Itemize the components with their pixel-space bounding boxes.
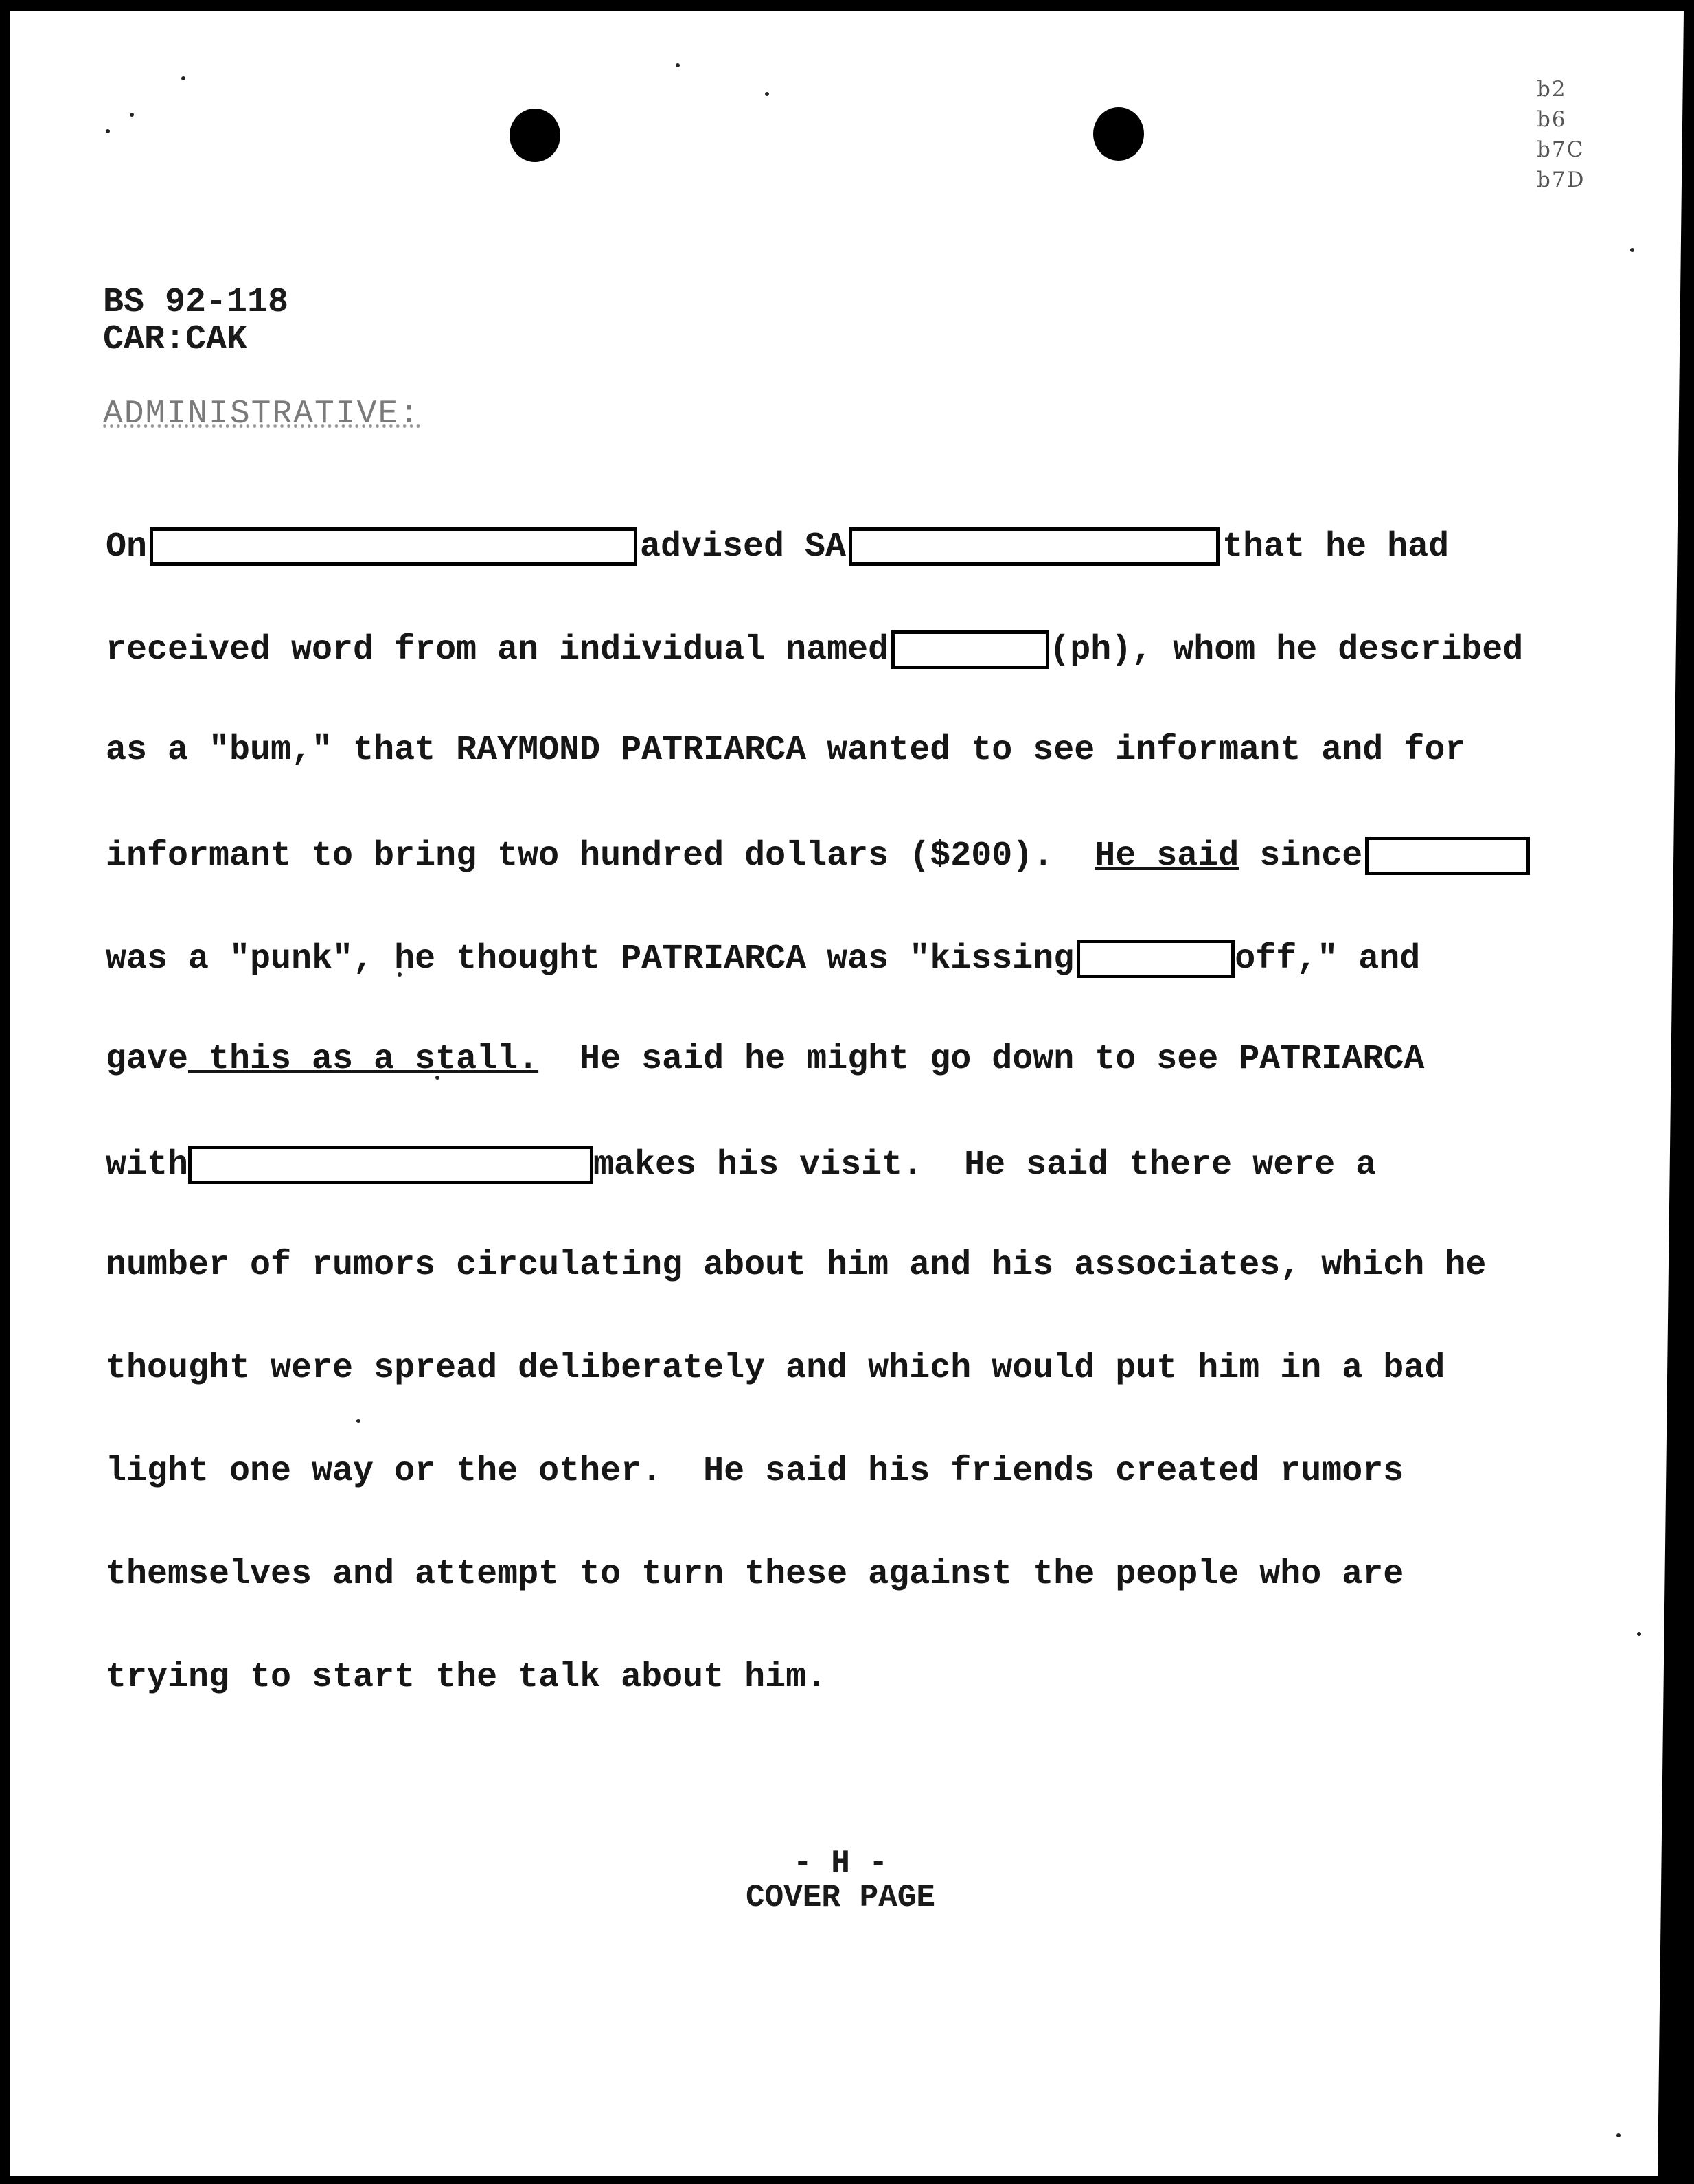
page-marker: - H - [724, 1846, 957, 1880]
scan-speck [1616, 2133, 1621, 2137]
redaction-box [849, 527, 1220, 566]
document-header: BS 92-118 CAR:CAK [103, 284, 288, 359]
text-line: themselves and attempt to turn these aga… [106, 1558, 1582, 1592]
text-line: thought were spread deliberately and whi… [106, 1352, 1582, 1386]
text-fragment: since [1239, 837, 1362, 876]
text-fragment: advised SA [640, 527, 846, 567]
text-fragment: He said he might go down to see PATRIARC… [538, 1040, 1424, 1079]
text-fragment: (ph), whom he described [1049, 630, 1523, 670]
exemption-code: b6 [1537, 104, 1585, 135]
redaction-box [1365, 837, 1530, 875]
text-line: gave this as a stall. He said he might g… [106, 1043, 1582, 1077]
text-fragment: with [106, 1146, 188, 1185]
footer-label: COVER PAGE [724, 1880, 957, 1915]
underlined-text: this as a stall. [188, 1040, 538, 1079]
redaction-box [150, 527, 637, 566]
text-fragment: informant to bring two hundred dollars (… [106, 837, 1095, 876]
text-line: received word from an individual named(p… [106, 630, 1582, 665]
text-fragment: was a "punk", he thought PATRIARCA was "… [106, 940, 1074, 979]
scan-speck [356, 1419, 360, 1423]
scan-speck [1637, 1632, 1641, 1636]
exemption-code: b7D [1537, 165, 1585, 195]
text-fragment: makes his visit. He said there were a [593, 1146, 1376, 1185]
text-line: Onadvised SAthat he had [106, 527, 1582, 562]
body-paragraph: Onadvised SAthat he had received word fr… [106, 459, 1582, 1764]
scan-speck [130, 113, 134, 117]
page-footer: - H - COVER PAGE [724, 1846, 957, 1915]
scan-speck [106, 129, 110, 133]
text-fragment: On [106, 527, 147, 567]
exemption-code: b2 [1537, 74, 1585, 104]
text-line: as a "bum," that RAYMOND PATRIARCA wante… [106, 733, 1582, 768]
punch-hole-right [1093, 107, 1144, 161]
foia-exemption-codes: b2 b6 b7C b7D [1537, 74, 1585, 195]
scan-speck [398, 972, 402, 977]
text-line: light one way or the other. He said his … [106, 1455, 1582, 1489]
scan-speck [435, 1076, 439, 1080]
text-line: trying to start the talk about him. [106, 1661, 1582, 1695]
scan-speck [181, 76, 185, 80]
text-line: was a "punk", he thought PATRIARCA was "… [106, 940, 1582, 974]
scan-speck [765, 92, 769, 96]
scan-speck [1630, 248, 1634, 252]
section-heading: ADMINISTRATIVE: [103, 396, 420, 433]
exemption-code: b7C [1537, 135, 1585, 165]
punch-hole-left [510, 109, 560, 162]
text-fragment: received word from an individual named [106, 630, 889, 670]
scan-speck [676, 63, 680, 67]
text-line: informant to bring two hundred dollars (… [106, 837, 1582, 871]
file-number: BS 92-118 [103, 284, 288, 321]
redaction-box [188, 1146, 593, 1184]
typist-initials: CAR:CAK [103, 321, 288, 359]
redaction-box [891, 630, 1049, 669]
text-fragment: off," and [1235, 940, 1420, 979]
text-fragment: that he had [1222, 527, 1449, 567]
text-line: number of rumors circulating about him a… [106, 1249, 1582, 1283]
underlined-text: He said [1095, 837, 1239, 876]
scanned-page: b2 b6 b7C b7D BS 92-118 CAR:CAK ADMINIST… [10, 11, 1689, 2176]
redaction-box [1077, 940, 1235, 978]
text-fragment: gave [106, 1040, 188, 1079]
text-line: withmakes his visit. He said there were … [106, 1146, 1582, 1180]
